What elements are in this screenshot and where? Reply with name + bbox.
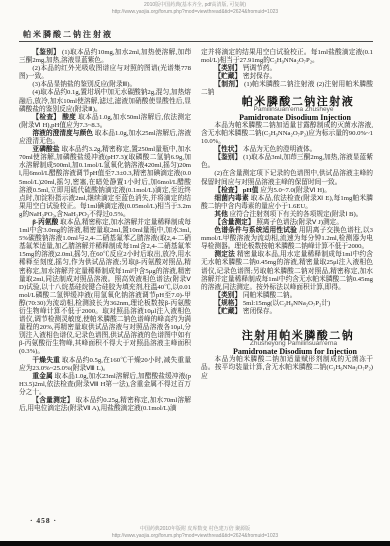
injection-monograph-title-en: Pamidronate Disodium Injection xyxy=(201,114,373,122)
section-label: 【类别】 xyxy=(214,65,241,72)
running-header-title: 帕米膦酸二钠注射液 xyxy=(23,29,113,40)
section-label: 【含量测定】 xyxy=(32,397,73,404)
monograph-paragraph: 【含量测定】 照离子色谱法(附录Ⅴ J)测定。 xyxy=(201,219,373,227)
paragraph-text: 同帕米膦酸二钠。 xyxy=(241,292,296,299)
paragraph-text: (2)本品的红外光吸收图谱应与对照的图谱(光谱集778图)一致。 xyxy=(19,65,191,80)
section-label: β-丙氨酸 xyxy=(32,219,58,226)
section-label: 【规格】 xyxy=(214,300,241,307)
powder-monograph-title-cn: 注射用帕米膦酸二钠 xyxy=(201,332,373,340)
top-watermark: 2010版中国药典(基本齐全, pdf高清版, 可复制) http://www.… xyxy=(0,2,390,15)
monograph-paragraph: 亚磷酸盐 取本品约3.2g,精密称定,置250ml量瓶中,加水70ml使溶解,加… xyxy=(19,146,191,219)
paragraph-text: 本品为帕米膦酸二钠加适量甘露醇制成的灭菌水溶液,含无水帕米膦酸二钠(C₃H₉NN… xyxy=(201,122,373,145)
section-label: 【检查】 酸度 xyxy=(32,114,76,121)
monograph-paragraph: 干燥失重 取本品约0.5g,在160℃干燥20小时,减失重量应为23.0%~25… xyxy=(19,357,191,373)
monograph-paragraph: 【鉴别】 (1)取本品约10mg,加水2ml,加热使溶解,加茚三酮2mg,加热,… xyxy=(19,49,191,65)
monograph-paragraph: 色谱条件与系统适用性试验 用阴离子交换色谱柱,以3mmol/L甲酸溶液为流动相,… xyxy=(201,227,373,251)
paragraph-text: 5ml:15mg(以C₃H₉NNa₂O₇P₂计) xyxy=(241,300,330,307)
section-label: 【贮藏】 xyxy=(214,73,241,80)
monograph-paragraph: 【含量测定】 取本品约0.25g,精密称定,加水70ml溶解后,用电位滴定法(附… xyxy=(19,397,191,413)
header-rule xyxy=(19,41,373,42)
section-label: 【贮藏】 xyxy=(214,308,241,315)
section-label: 【类别】 xyxy=(214,292,241,299)
section-label: 【鉴别】 xyxy=(32,49,60,56)
monograph-paragraph: 【检查】 pH值 应为5.0~7.0(附录Ⅵ H)。 xyxy=(201,187,373,195)
scanned-pharmacopoeia-page: 2010版中国药典(基本齐全, pdf高清版, 可复制) http://www.… xyxy=(0,0,390,546)
paragraph-text: (3)本品显钠盐的鉴别反应(附录Ⅲ)。 xyxy=(32,81,136,88)
paragraph-text: 应为5.0~7.0(附录Ⅵ H)。 xyxy=(258,187,331,194)
monograph-paragraph: 测定法 精密量取本品,用水定量稀释制成每1ml中约含无水帕米膦酸二钠0.45mg… xyxy=(201,251,373,291)
monograph-paragraph: 【检查】 酸度 取本品1.0g,加水50ml溶解后,依法测定(附录Ⅵ H),pH… xyxy=(19,114,191,130)
monograph-paragraph: β-丙氨酸 取本品,精密称定,加水溶解并定量稀释制成每1ml中含3.0mg的溶液… xyxy=(19,219,191,357)
section-label: 干燥失重 xyxy=(32,357,60,364)
section-label: 其他 xyxy=(214,211,227,218)
paragraph-text: 密封保存。 xyxy=(241,73,276,80)
top-watermark-url: http://www.yaojia.org/forum.php?mod=view… xyxy=(0,9,390,16)
monograph-paragraph: 重金属 取本品1.0g,加水23ml溶解后,加醋酸盐缓冲液(pH3.5)2ml,… xyxy=(19,373,191,397)
paragraph-text: 应符合注射剂项下有关的各项规定(附录Ⅰ B)。 xyxy=(228,211,363,218)
bottom-scan-bar xyxy=(0,541,390,546)
monograph-paragraph: (2)本品的红外光吸收图谱应与对照的图谱(光谱集778图)一致。 xyxy=(19,65,191,81)
section-label: 【鉴别】 xyxy=(214,154,241,161)
paragraph-text: 定并将滴定的结果用空白试验校正。每1ml盐酸滴定液(0.1mol/L)相当于27… xyxy=(201,49,373,64)
monograph-paragraph: (2)在含量测定项下记录的色谱图中,供试品溶液主峰的保留时间应与对照品溶液主峰的… xyxy=(201,170,373,186)
paragraph-text: 钙调节药。 xyxy=(241,65,276,72)
section-label: 细菌内毒素 xyxy=(214,195,248,202)
monograph-paragraph: 【鉴别】 (1)取本品3ml,加茚三酮2mg,加热,溶液显蓝紫色。 xyxy=(201,154,373,170)
paragraph-text: 取本品,精密称定,加水溶解并定量稀释制成每1ml中含3.0mg的溶液,精密量取2… xyxy=(19,219,191,356)
paragraph-text: 取本品约3.2g,精密称定,置250ml量瓶中,加水70ml使溶解,加磷酸盐缓冲… xyxy=(19,146,191,218)
monograph-paragraph: 本品为帕米膦酸二钠加适量赋形剂制成的无菌冻干品。按平均装量计算,含无水帕米膦酸二… xyxy=(201,356,373,380)
section-label: 【检查】 pH值 xyxy=(214,187,258,194)
page-number: · 458 · xyxy=(30,516,57,525)
monograph-paragraph: 细菌内毒素 取本品,依法检查(附录Ⅺ E),每1mg帕米膦酸二钠中含内毒素的量应… xyxy=(201,195,373,211)
monograph-paragraph: 【性状】 本品为无色的澄明液体。 xyxy=(201,146,373,154)
right-column: 定并将滴定的结果用空白试验校正。每1ml盐酸滴定液(0.1mol/L)相当于27… xyxy=(201,49,373,413)
monograph-paragraph: 【贮藏】 密闭保存。 xyxy=(201,308,373,316)
monograph-paragraph: 定并将滴定的结果用空白试验校正。每1ml盐酸滴定液(0.1mol/L)相当于27… xyxy=(201,49,373,65)
monograph-paragraph: 【类别】 同帕米膦酸二钠。 xyxy=(201,292,373,300)
two-column-body: 【鉴别】 (1)取本品约10mg,加水2ml,加热使溶解,加茚三酮2mg,加热,… xyxy=(19,49,373,413)
injection-monograph-title-cn: 帕米膦酸二钠注射液 xyxy=(201,98,373,106)
section-label: 溶液的澄清度与颜色 xyxy=(32,130,93,137)
monograph-paragraph: 溶液的澄清度与颜色 取本品1.0g,加水25ml溶解后,溶液应澄清无色。 xyxy=(19,130,191,146)
monograph-paragraph: 本品为帕米膦酸二钠加适量甘露醇制成的灭菌水溶液,含无水帕米膦酸二钠(C₃H₉NN… xyxy=(201,122,373,146)
paragraph-text: (4)取本品约0.1g,置坩埚中加无水碳酸钠2g,混匀,加热熔融后,放冷,加水1… xyxy=(19,89,191,112)
monograph-paragraph: 【规格】 5ml:15mg(以C₃H₉NNa₂O₇P₂计) xyxy=(201,300,373,308)
paragraph-text: 密闭保存。 xyxy=(241,308,276,315)
section-label: 【含量测定】 xyxy=(214,219,254,226)
left-column: 【鉴别】 (1)取本品约10mg,加水2ml,加热使溶解,加茚三酮2mg,加热,… xyxy=(19,49,191,413)
monograph-paragraph: 其他 应符合注射剂项下有关的各项规定(附录Ⅰ B)。 xyxy=(201,211,373,219)
section-label: 重金属 xyxy=(32,373,52,380)
section-label: 【制剂】 xyxy=(214,81,242,88)
monograph-paragraph: (4)取本品约0.1g,置坩埚中加无水碳酸钠2g,混匀,加热熔融后,放冷,加水1… xyxy=(19,89,191,113)
section-label: 亚磷酸盐 xyxy=(32,146,59,153)
section-label: 【性状】 xyxy=(214,146,241,153)
bottom-watermark: 中国药典2010年版附 皮库数变 村色建万倍 聚源版 http://www.ya… xyxy=(0,526,390,539)
paragraph-text: 本品为帕米膦酸二钠加适量赋形剂制成的无菌冻干品。按平均装量计算,含无水帕米膦酸二… xyxy=(201,356,373,379)
paragraph-text: (2)在含量测定项下记录的色谱图中,供试品溶液主峰的保留时间应与对照品溶液主峰的… xyxy=(201,170,373,185)
paragraph-text: 照离子色谱法(附录Ⅴ J)测定。 xyxy=(255,219,344,226)
section-label: 色谱条件与系统适用性试验 xyxy=(214,227,297,234)
paragraph-text: 本品为无色的澄明液体。 xyxy=(241,146,316,153)
bottom-watermark-url: http://www.yaojia.org/forum.php?mod=view… xyxy=(0,533,390,540)
section-label: 测定法 xyxy=(214,251,235,258)
